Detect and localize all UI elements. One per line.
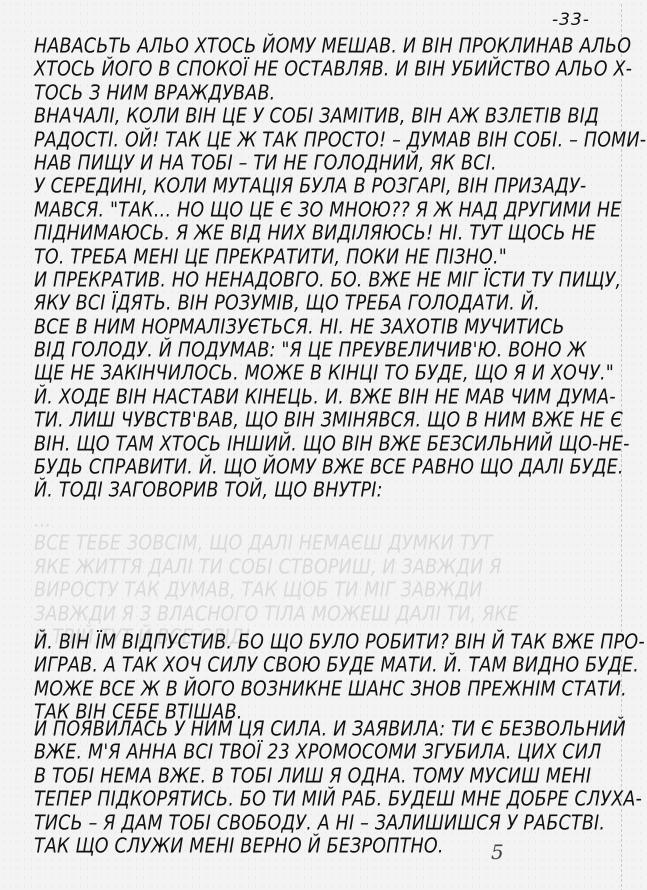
main-text-block: НАВАСЬТЬ АЛЬО ХТОСЬ ЙОМУ МЕШАВ. И ВІН ПР… bbox=[34, 36, 609, 504]
text-line: ТАК ЩО СЛУЖИ МЕНІ ВЕРНО Й БЕЗРОПТНО. bbox=[34, 834, 609, 861]
third-paragraph: И ПОЯВИЛАСЬ У НИМ ЦЯ СИЛА. И ЗАЯВИЛА: ТИ… bbox=[34, 719, 609, 859]
second-paragraph: Й. ВІН ЇМ ВІДПУСТИВ. БО ЩО БУЛО РОБИТИ? … bbox=[34, 632, 609, 726]
footer-mark: 5 bbox=[491, 840, 504, 864]
page-number: -33- bbox=[552, 10, 590, 30]
manuscript-page: -33- НАВАСЬТЬ АЛЬО ХТОСЬ ЙОМУ МЕШАВ. И В… bbox=[0, 0, 647, 890]
text-line: ПІДНИМАЮСЬ. Я ЖЕ ВІД НИХ ВИДІЛЯЮСЬ! НІ. … bbox=[34, 221, 609, 248]
text-line: Й. ТОДІ ЗАГОВОРИВ ТОЙ, ЩО ВНУТРІ: bbox=[34, 479, 609, 506]
